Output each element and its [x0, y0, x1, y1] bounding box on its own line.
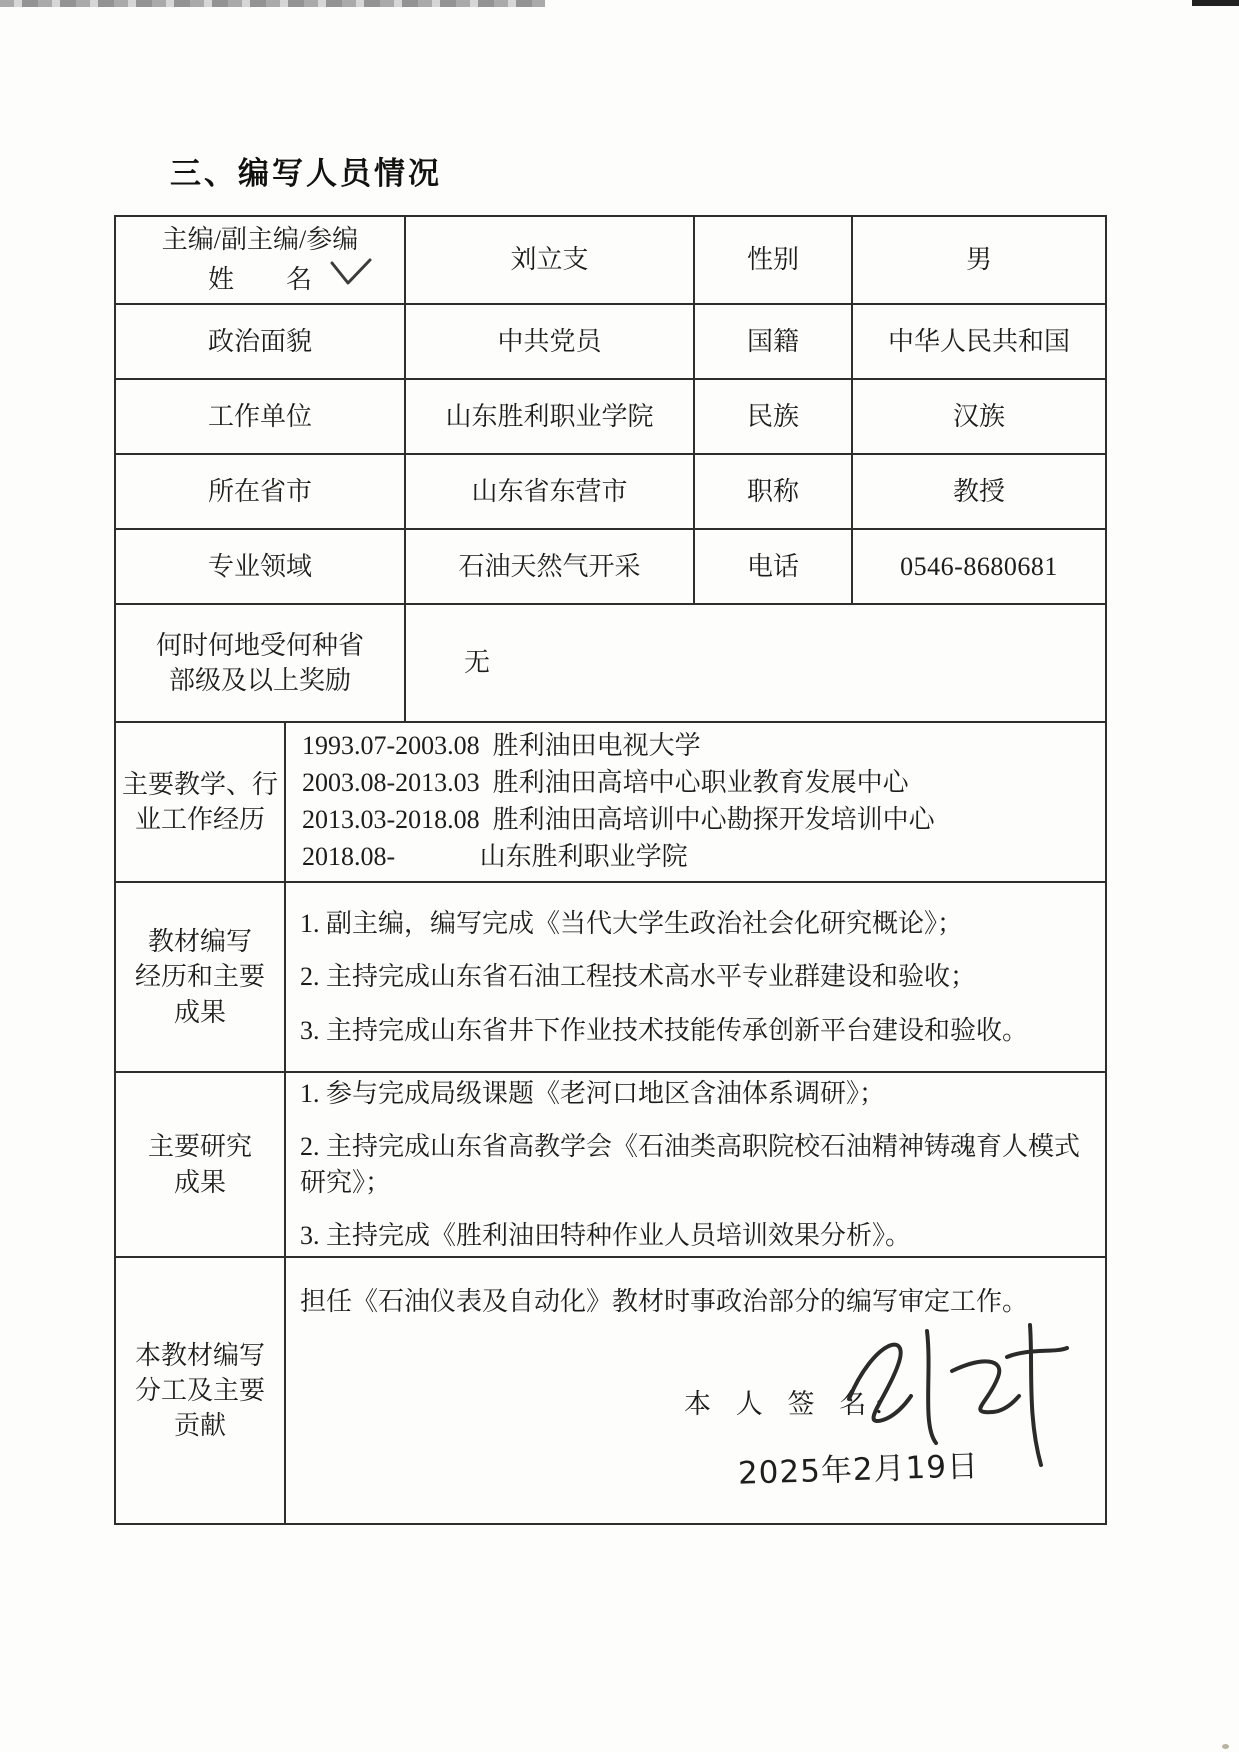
field-label-textbook-experience: 教材编写 经历和主要 成果: [116, 883, 286, 1073]
research-item: 3. 主持完成《胜利油田特种作业人员培训效果分析》。: [300, 1218, 1093, 1253]
value-awards: 无: [406, 605, 1105, 723]
field-label-gender: 性别: [695, 217, 853, 305]
value-research: 1. 参与完成局级课题《老河口地区含油体系调研》； 2. 主持完成山东省高教学会…: [286, 1073, 1105, 1258]
field-label-specialty: 专业领域: [116, 530, 406, 605]
field-label-employer: 工作单位: [116, 380, 406, 455]
name-label-line2: 姓 名: [208, 260, 312, 300]
value-gender: 男: [853, 217, 1105, 305]
textbook-item: 2. 主持完成山东省石油工程技术高水平专业群建设和验收；: [300, 959, 1093, 994]
value-work-experience: 1993.07-2003.08 胜利油田电视大学 2003.08-2013.03…: [286, 723, 1105, 883]
field-label-political-status: 政治面貌: [116, 305, 406, 380]
personnel-info-table: 主编/副主编/参编 姓 名 刘立支 性别 男 政治面貌 中共党员 国籍 中华人民…: [114, 215, 1107, 1525]
handwritten-date: 2025年2月19日: [737, 1446, 979, 1495]
scanned-form-page: 三、编写人员情况 主编/副主编/参编 姓 名 刘立支 性别 男 政治面貌 中共党…: [0, 0, 1239, 1752]
page-title: 三、编写人员情况: [170, 148, 442, 193]
detail-section: 主要教学、行 业工作经历 1993.07-2003.08 胜利油田电视大学 20…: [116, 723, 1105, 1523]
value-contribution: 担任《石油仪表及自动化》教材时事政治部分的编写审定工作。 本 人 签 名: 20…: [286, 1258, 1105, 1523]
field-label-work-experience: 主要教学、行 业工作经历: [116, 723, 286, 883]
field-label-name: 主编/副主编/参编 姓 名: [116, 217, 406, 305]
field-label-ethnicity: 民族: [695, 380, 853, 455]
checkmark-icon: [328, 257, 376, 289]
scan-artifact-top: [0, 0, 545, 7]
value-textbook-experience: 1. 副主编，编写完成《当代大学生政治社会化研究概论》； 2. 主持完成山东省石…: [286, 883, 1105, 1073]
value-professional-title: 教授: [853, 455, 1105, 530]
field-label-research: 主要研究 成果: [116, 1073, 286, 1258]
field-label-professional-title: 职称: [695, 455, 853, 530]
field-label-province-city: 所在省市: [116, 455, 406, 530]
scan-artifact-speck: [1222, 1744, 1229, 1749]
value-phone: 0546-8680681: [853, 530, 1105, 605]
value-nationality: 中华人民共和国: [853, 305, 1105, 380]
research-item: 1. 参与完成局级课题《老河口地区含油体系调研》；: [300, 1076, 1093, 1111]
field-label-nationality: 国籍: [695, 305, 853, 380]
contribution-text: 担任《石油仪表及自动化》教材时事政治部分的编写审定工作。: [286, 1258, 1105, 1320]
value-employer: 山东胜利职业学院: [406, 380, 695, 455]
value-province-city: 山东省东营市: [406, 455, 695, 530]
basic-info-section: 主编/副主编/参编 姓 名 刘立支 性别 男 政治面貌 中共党员 国籍 中华人民…: [116, 217, 1105, 723]
field-label-awards: 何时何地受何种省 部级及以上奖励: [116, 605, 406, 723]
value-name: 刘立支: [406, 217, 695, 305]
field-label-contribution: 本教材编写 分工及主要 贡献: [116, 1258, 286, 1523]
textbook-item: 3. 主持完成山东省井下作业技术技能传承创新平台建设和验收。: [300, 1013, 1093, 1048]
value-political-status: 中共党员: [406, 305, 695, 380]
scan-artifact-top-right: [1192, 0, 1239, 6]
textbook-item: 1. 副主编，编写完成《当代大学生政治社会化研究概论》；: [300, 906, 1093, 941]
value-specialty: 石油天然气开采: [406, 530, 695, 605]
name-label-line1: 主编/副主编/参编: [162, 220, 358, 260]
field-label-phone: 电话: [695, 530, 853, 605]
research-item: 2. 主持完成山东省高教学会《石油类高职院校石油精神铸魂育人模式研究》；: [300, 1129, 1093, 1199]
value-ethnicity: 汉族: [853, 380, 1105, 455]
